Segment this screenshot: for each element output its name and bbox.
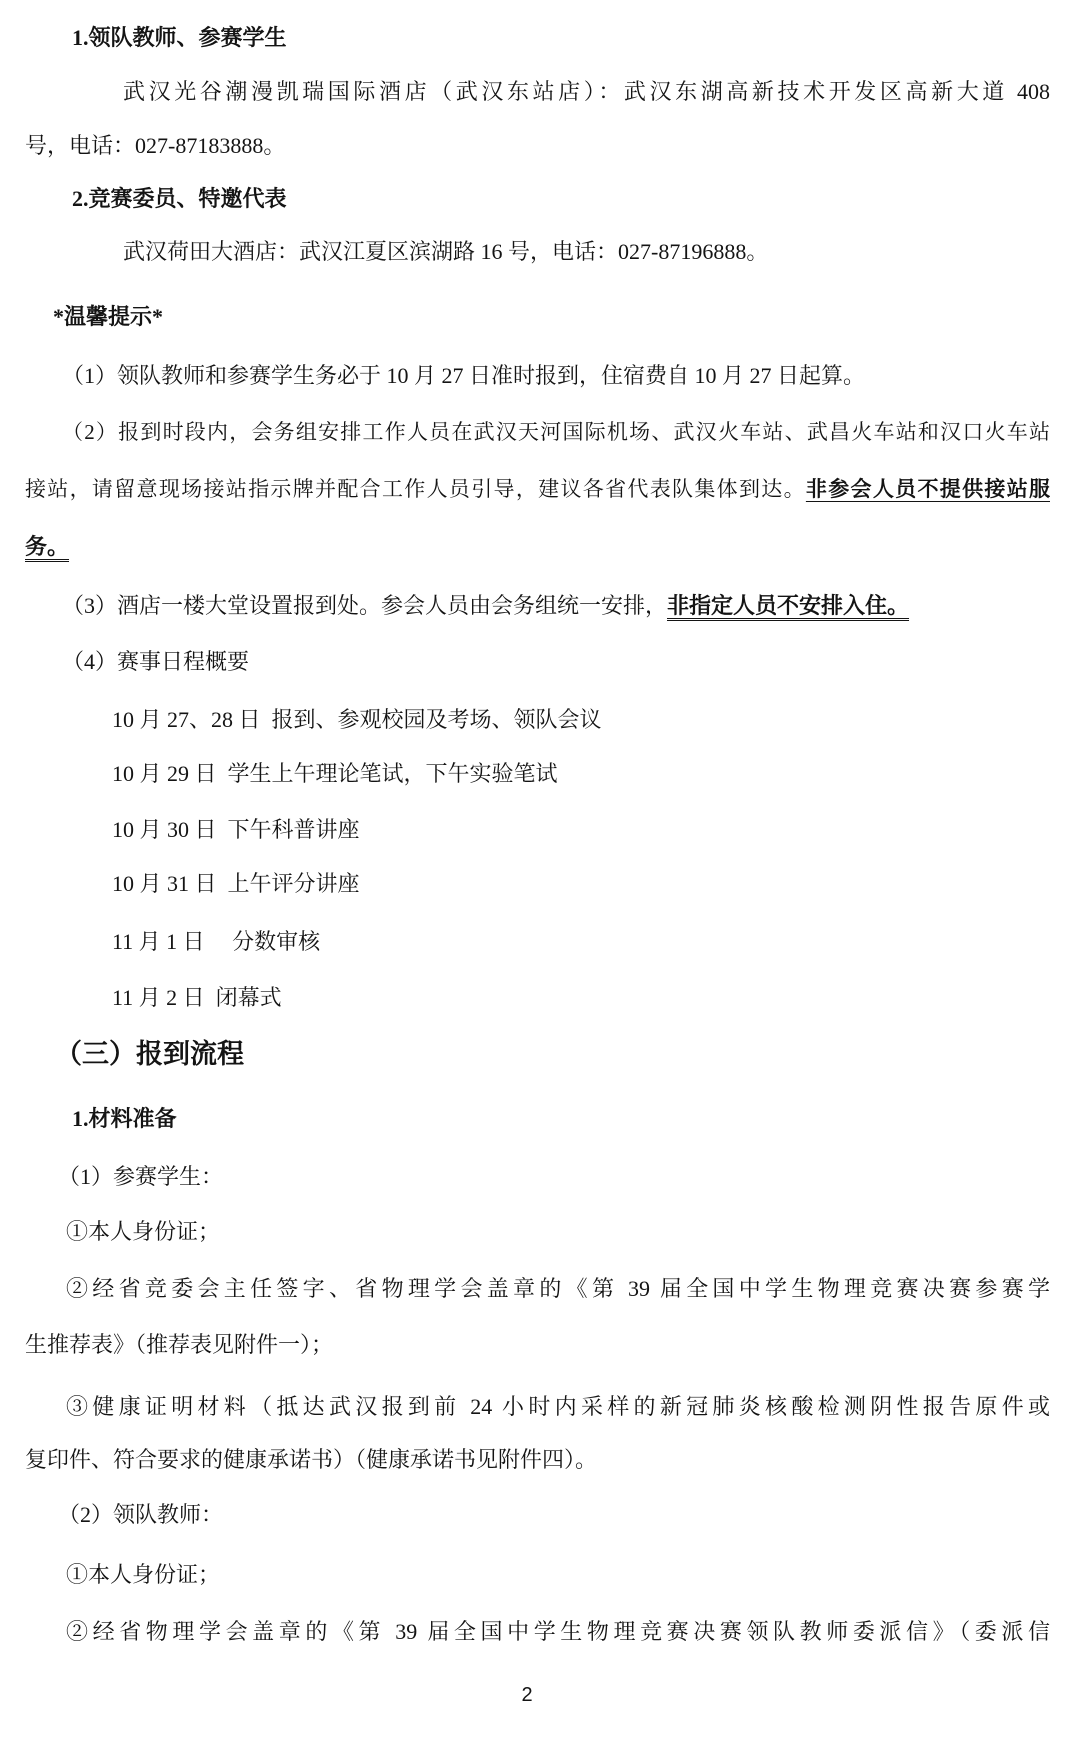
text-segment: ②经省竞委会主任签字、省物理学会盖章的《第 39 届全国中学生物理竞赛决赛参赛学 [66, 1276, 1050, 1301]
schedule-item-5: 11 月 1 日 分数审核 [112, 928, 320, 956]
section-1-heading: 1.领队教师、参赛学生 [72, 24, 287, 52]
tip-2-line-3: 务。 [25, 533, 69, 561]
schedule-item-4: 10 月 31 日 上午评分讲座 [112, 870, 360, 898]
schedule-item-3: 10 月 30 日 下午科普讲座 [112, 816, 360, 844]
text-segment: 武汉荷田大酒店：武汉江夏区滨湖路 16 号，电话：027-87196888。 [123, 239, 768, 264]
teacher-item-2-line-1: ②经省物理学会盖章的《第 39 届全国中学生物理竞赛决赛领队教师委派信》（委派信 [66, 1618, 1050, 1646]
document-page: 1.领队教师、参赛学生武汉光谷潮漫凯瑞国际酒店（武汉东站店）：武汉东湖高新技术开… [0, 0, 1080, 1758]
text-segment: 复印件、符合要求的健康承诺书）（健康承诺书见附件四）。 [25, 1447, 597, 1472]
tip-2-line-1: （2）报到时段内，会务组安排工作人员在武汉天河国际机场、武汉火车站、武昌火车站和… [62, 419, 1050, 445]
tip-1: （1）领队教师和参赛学生务必于 10 月 27 日准时报到，住宿费自 10 月 … [62, 362, 865, 390]
text-segment: （3）酒店一楼大堂设置报到处。参会人员由会务组统一安排， [62, 593, 667, 618]
text-segment: 生推荐表》（推荐表见附件一）； [25, 1332, 333, 1357]
section-3-heading: （三）报到流程 [55, 1038, 244, 1072]
text-segment: 非参会人员不提供接站服 [806, 477, 1050, 501]
text-segment: 武汉光谷潮漫凯瑞国际酒店（武汉东站店）：武汉东湖高新技术开发区高新大道 408 [123, 79, 1050, 104]
tip-3: （3）酒店一楼大堂设置报到处。参会人员由会务组统一安排，非指定人员不安排入住。 [62, 592, 909, 620]
text-segment: 11 月 1 日 分数审核 [112, 929, 320, 954]
text-segment: 1.材料准备 [72, 1106, 177, 1131]
text-segment: 号，电话：027-87183888。 [25, 133, 285, 158]
student-item-2-line-1: ②经省竞委会主任签字、省物理学会盖章的《第 39 届全国中学生物理竞赛决赛参赛学 [66, 1275, 1050, 1303]
student-item-3-line-1: ③健康证明材料（抵达武汉报到前 24 小时内采样的新冠肺炎核酸检测阴性报告原件或 [66, 1393, 1050, 1421]
text-segment: 11 月 2 日 闭幕式 [112, 985, 282, 1010]
text-segment: （2）领队教师： [58, 1502, 223, 1527]
student-item-2-line-2: 生推荐表》（推荐表见附件一）； [25, 1331, 333, 1359]
tip-2-line-2: 接站，请留意现场接站指示牌并配合工作人员引导，建议各省代表队集体到达。非参会人员… [25, 476, 1050, 502]
text-segment: 务。 [25, 534, 69, 559]
text-segment: ①本人身份证； [66, 1562, 220, 1587]
hotel-1-address-line-2: 号，电话：027-87183888。 [25, 132, 285, 160]
text-segment: 非指定人员不安排入住。 [667, 593, 909, 618]
schedule-item-1: 10 月 27、28 日 报到、参观校园及考场、领队会议 [112, 706, 602, 734]
students-label: （1）参赛学生： [58, 1163, 223, 1191]
text-segment: （4）赛事日程概要 [62, 649, 249, 674]
text-segment: ③健康证明材料（抵达武汉报到前 24 小时内采样的新冠肺炎核酸检测阴性报告原件或 [66, 1394, 1050, 1419]
teachers-label: （2）领队教师： [58, 1501, 223, 1529]
schedule-item-6: 11 月 2 日 闭幕式 [112, 984, 282, 1012]
schedule-item-2: 10 月 29 日 学生上午理论笔试，下午实验笔试 [112, 760, 558, 788]
teacher-item-1: ①本人身份证； [66, 1561, 220, 1589]
text-segment: 10 月 30 日 下午科普讲座 [112, 817, 360, 842]
text-segment: （1）领队教师和参赛学生务必于 10 月 27 日准时报到，住宿费自 10 月 … [62, 363, 865, 388]
text-segment: （1）参赛学生： [58, 1164, 223, 1189]
text-segment: 1.领队教师、参赛学生 [72, 25, 287, 50]
text-segment: 10 月 27、28 日 报到、参观校园及考场、领队会议 [112, 707, 602, 732]
hotel-1-address-line-1: 武汉光谷潮漫凯瑞国际酒店（武汉东站店）：武汉东湖高新技术开发区高新大道 408 [123, 78, 1050, 106]
text-segment: （三）报到流程 [55, 1039, 244, 1069]
text-segment: 10 月 29 日 学生上午理论笔试，下午实验笔试 [112, 761, 558, 786]
tips-heading: *温馨提示* [53, 303, 163, 331]
text-segment: ①本人身份证； [66, 1219, 220, 1244]
text-segment: *温馨提示* [53, 304, 163, 329]
materials-heading: 1.材料准备 [72, 1105, 177, 1133]
text-segment: （2）报到时段内，会务组安排工作人员在武汉天河国际机场、武汉火车站、武昌火车站和… [62, 420, 1050, 444]
text-segment: 接站，请留意现场接站指示牌并配合工作人员引导，建议各省代表队集体到达。 [25, 477, 806, 501]
section-2-heading: 2.竞赛委员、特邀代表 [72, 185, 287, 213]
student-item-3-line-2: 复印件、符合要求的健康承诺书）（健康承诺书见附件四）。 [25, 1446, 597, 1474]
text-segment: 2.竞赛委员、特邀代表 [72, 186, 287, 211]
student-item-1: ①本人身份证； [66, 1218, 220, 1246]
text-segment: ②经省物理学会盖章的《第 39 届全国中学生物理竞赛决赛领队教师委派信》（委派信 [66, 1619, 1050, 1644]
page-number: 2 [0, 1684, 1054, 1707]
text-segment: 10 月 31 日 上午评分讲座 [112, 871, 360, 896]
hotel-2-address: 武汉荷田大酒店：武汉江夏区滨湖路 16 号，电话：027-87196888。 [123, 238, 768, 266]
tip-4: （4）赛事日程概要 [62, 648, 249, 676]
